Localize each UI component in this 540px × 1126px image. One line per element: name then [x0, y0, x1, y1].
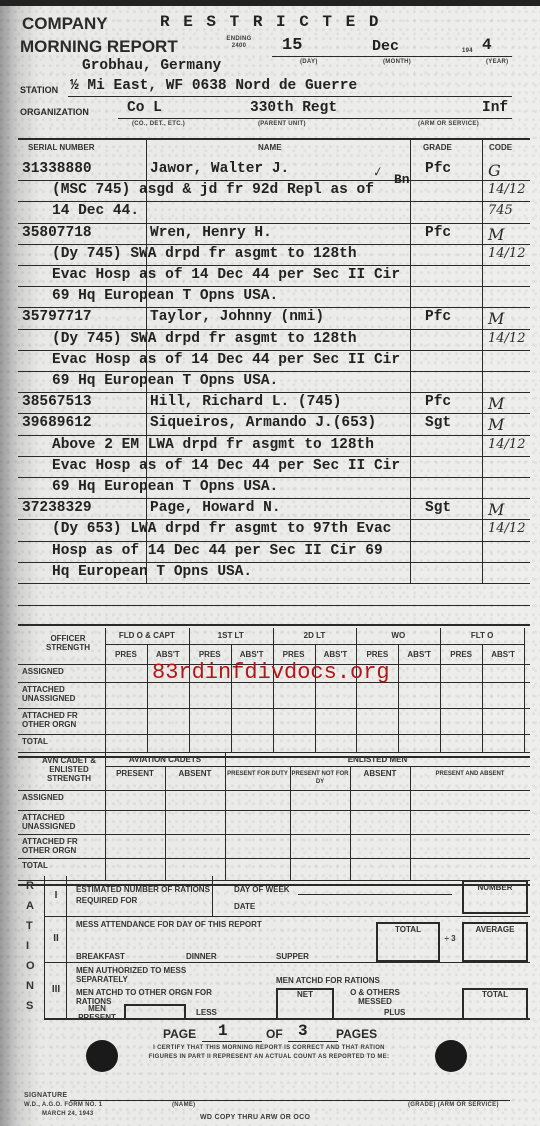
- enlisted-row-rule: [18, 834, 530, 835]
- rations-side-letter: T: [26, 922, 33, 931]
- margin-mark: Bn: [394, 172, 410, 187]
- enlisted-men-header: ENLISTED MEN: [225, 755, 530, 764]
- report-day: 15: [282, 36, 302, 55]
- org-service: Inf: [482, 100, 508, 116]
- officer-row-rule: [18, 734, 530, 735]
- form-number: W.D., A.G.O. FORM NO. 1: [24, 1102, 102, 1108]
- enlisted-row-rule: [18, 790, 530, 791]
- roster-rule: [18, 392, 530, 393]
- roster-top-rule: [18, 138, 530, 140]
- enlisted-strength-title: AVN CADET & ENLISTED STRENGTH: [34, 756, 104, 783]
- officer-sub-header: PRES: [105, 650, 147, 659]
- less-label: LESS: [196, 1008, 217, 1017]
- enlisted-col-header: ABSENT: [165, 770, 225, 778]
- org-underline: [118, 118, 512, 119]
- punch-hole-right: [435, 1040, 467, 1072]
- serial-number: 35797717: [22, 309, 92, 325]
- roster-rule: [18, 562, 530, 563]
- remark-text: Evac Hosp as of 14 Dec 44 per Sec II Cir: [52, 267, 400, 283]
- restricted-stamp: R E S T R I C T E D: [160, 13, 380, 31]
- officer-col-rule: [356, 628, 357, 752]
- rations-side-letter: I: [26, 942, 29, 951]
- roster-rule: [18, 244, 530, 245]
- organization-label: ORGANIZATION: [20, 107, 89, 117]
- grade: Sgt: [425, 500, 451, 516]
- roster-rule: [18, 286, 530, 287]
- soldier-name: Wren, Henry H.: [150, 225, 272, 241]
- men-atchd-rations-label: MEN ATCHD FOR RATIONS: [276, 976, 380, 985]
- pages-label: PAGES: [336, 1027, 377, 1041]
- location: Grobhau, Germany: [82, 58, 221, 74]
- officer-col-rule: [398, 644, 399, 752]
- year-prefix: 194: [462, 48, 473, 54]
- day-caption: (DAY): [300, 59, 318, 65]
- serial-number: 37238329: [22, 500, 92, 516]
- officer-row-label: ASSIGNED: [22, 667, 101, 676]
- rations-section-number: II: [48, 934, 64, 943]
- code: M: [488, 415, 504, 434]
- col-serial-number: SERIAL NUMBER: [28, 143, 95, 152]
- form-title-company: COMPANY: [22, 14, 108, 34]
- grade: Pfc: [425, 225, 451, 241]
- enlisted-col-header: PRESENT NOT FOR DY: [290, 770, 350, 786]
- ending-label: ENDING 2400: [226, 36, 252, 50]
- grade-caption: (GRADE) (ARM OR SERVICE): [408, 1102, 499, 1108]
- mess-attendance-label: MESS ATTENDANCE FOR DAY OF THIS REPORT: [76, 920, 262, 929]
- code: 14/12: [488, 182, 525, 197]
- officer-col-rule: [524, 628, 525, 752]
- roster-rule: [18, 519, 530, 520]
- men-present-label: MEN PRESENT: [72, 1004, 122, 1022]
- roster-rule: [18, 201, 530, 202]
- date-underline: [272, 56, 512, 57]
- of-label: OF: [266, 1027, 283, 1041]
- col-code: CODE: [489, 143, 512, 152]
- rations-side-letter: R: [26, 882, 34, 891]
- supper-label: SUPPER: [276, 952, 309, 961]
- net-label: NET: [276, 990, 334, 999]
- officer-sub-header: ABS'T: [482, 650, 524, 659]
- code: M: [488, 500, 504, 519]
- roster-rule: [18, 413, 530, 414]
- remark-text: Evac Hosp as of 14 Dec 44 per Sec II Cir: [52, 458, 400, 474]
- officer-group-header: FLT O: [440, 631, 524, 640]
- remark-text: Evac Hosp as of 14 Dec 44 per Sec II Cir: [52, 352, 400, 368]
- page-number: 1: [218, 1022, 228, 1040]
- officer-sub-header: ABS'T: [315, 650, 357, 659]
- serial-number: 39689612: [22, 415, 92, 431]
- rations-side-letter: A: [26, 902, 34, 911]
- copy-note: WD COPY THRU ARW OR OCO: [200, 1114, 310, 1121]
- station-value: ½ Mi East, WF 0638 Nord de Guerre: [70, 78, 357, 94]
- soldier-name: Taylor, Johnny (nmi): [150, 309, 324, 325]
- divide-by-three: ÷ 3: [444, 934, 456, 943]
- code: M: [488, 394, 504, 413]
- form-date: MARCH 24, 1943: [42, 1111, 94, 1117]
- enlisted-row-label: TOTAL: [22, 861, 101, 870]
- breakfast-label: BREAKFAST: [76, 952, 125, 961]
- page-underline: [202, 1041, 262, 1042]
- name-caption: (NAME): [172, 1102, 195, 1108]
- officer-sub-header: PRES: [440, 650, 482, 659]
- officer-strength-title: OFFICER STRENGTH: [38, 634, 98, 652]
- org-caption-co: (CO., DET., ETC.): [132, 121, 185, 127]
- officer-col-rule: [440, 628, 441, 752]
- roster-rule: [18, 477, 530, 478]
- remark-text: Hq European T Opns USA.: [52, 564, 252, 580]
- signature-label: SIGNATURE: [24, 1092, 67, 1099]
- remark-text: Hosp as of 14 Dec 44 per Sec II Cir 69: [52, 543, 383, 559]
- men-present-box: [124, 1004, 186, 1020]
- aviation-cadets-header: AVIATION CADETS: [105, 755, 225, 764]
- enlisted-col-rule: [165, 766, 166, 880]
- officer-row-label: ATTACHED UNASSIGNED: [22, 685, 101, 703]
- org-caption-parent: (PARENT UNIT): [258, 121, 306, 127]
- grade: Pfc: [425, 161, 451, 177]
- year-caption: (YEAR): [486, 59, 508, 65]
- enlisted-row-rule: [18, 810, 530, 811]
- org-parent-unit: 330th Regt: [250, 100, 337, 116]
- enlisted-row-label: ATTACHED UNASSIGNED: [22, 813, 101, 831]
- enlisted-row-rule: [18, 880, 530, 881]
- rations-col-rule: [66, 876, 67, 1018]
- blank-rule: [18, 605, 530, 606]
- enlisted-col-header: PRESENT: [105, 770, 165, 778]
- officer-col-rule: [105, 628, 106, 752]
- station-label: STATION: [20, 85, 58, 95]
- pages-underline: [288, 1041, 338, 1042]
- serial-number: 38567513: [22, 394, 92, 410]
- enlisted-sub-rule: [105, 766, 530, 767]
- officer-col-rule: [482, 644, 483, 752]
- station-underline: [68, 96, 512, 97]
- soldier-name: Page, Howard N.: [150, 500, 281, 516]
- officer-sub-header: PRES: [189, 650, 231, 659]
- remark-text: 69 Hq European T Opns USA.: [52, 479, 278, 495]
- code: 745: [488, 203, 513, 218]
- roster-rule: [18, 456, 530, 457]
- roster-rule: [18, 350, 530, 351]
- remark-text: (Dy 745) SWA drpd fr asgmt to 128th: [52, 246, 357, 262]
- code: G: [488, 161, 501, 180]
- report-year: 4: [482, 36, 492, 54]
- roster-divider-grade: [482, 138, 483, 584]
- roster-rule: [18, 180, 530, 181]
- soldier-name: Siqueiros, Armando J.(653): [150, 415, 376, 431]
- o-others-messed-label: O & OTHERS MESSED: [340, 988, 410, 1006]
- code: 14/12: [488, 331, 525, 346]
- remark-text: (Dy 653) LWA drpd fr asgmt to 97th Evac: [52, 521, 391, 537]
- remark-text: 69 Hq European T Opns USA.: [52, 288, 278, 304]
- roster-rule: [18, 541, 530, 542]
- code: 14/12: [488, 521, 525, 536]
- roster-rule: [18, 223, 530, 224]
- code: 14/12: [488, 437, 525, 452]
- roster-rule: [18, 307, 530, 308]
- officer-sub-header: PRES: [356, 650, 398, 659]
- est-rations-label: ESTIMATED NUMBER OF RATIONS REQUIRED FOR: [76, 884, 212, 906]
- total-label: TOTAL: [376, 925, 440, 934]
- officer-group-header: 2D LT: [273, 631, 357, 640]
- grade: Pfc: [425, 394, 451, 410]
- day-of-week-label: DAY OF WEEK: [234, 885, 290, 894]
- officer-group-header: 1ST LT: [189, 631, 273, 640]
- serial-number: 35807718: [22, 225, 92, 241]
- roster-rule: [18, 329, 530, 330]
- remark-text: 14 Dec 44.: [52, 203, 139, 219]
- morning-report-page: COMPANY R E S T R I C T E D MORNING REPO…: [0, 0, 540, 1126]
- dinner-label: DINNER: [186, 952, 217, 961]
- officer-sub-header: ABS'T: [398, 650, 440, 659]
- month-caption: (MONTH): [383, 59, 411, 65]
- rations-side-letter: N: [26, 982, 34, 991]
- col-grade: GRADE: [423, 143, 452, 152]
- rations-section-rule: [44, 916, 530, 917]
- roster-divider-name: [410, 138, 411, 584]
- rations-section-rule: [44, 962, 530, 963]
- rations-col-rule: [212, 876, 213, 916]
- enlisted-col-rule: [290, 766, 291, 880]
- enlisted-col-header: PRESENT FOR DUTY: [225, 770, 290, 778]
- page-label: PAGE: [163, 1027, 196, 1041]
- average-label: AVERAGE: [462, 925, 528, 934]
- handwritten-mark: ✓: [370, 164, 384, 180]
- watermark: 83rdinfdivdocs.org: [152, 660, 390, 685]
- col-name: NAME: [258, 143, 282, 152]
- officer-sub-header: ABS'T: [147, 650, 189, 659]
- officer-col-rule: [147, 644, 148, 752]
- serial-number: 31338880: [22, 161, 92, 177]
- enlisted-col-rule: [225, 752, 226, 880]
- enlisted-row-label: ATTACHED FR OTHER ORGN: [22, 837, 101, 855]
- roster-rule: [18, 498, 530, 499]
- certify-text: I CERTIFY THAT THIS MORNING REPORT IS CO…: [144, 1044, 394, 1062]
- rations-side-letter: O: [26, 962, 35, 971]
- signature-line: [70, 1100, 510, 1101]
- report-month: Dec: [372, 38, 399, 55]
- rations-section-number: III: [48, 985, 64, 994]
- grade: Pfc: [425, 309, 451, 325]
- soldier-name: Hill, Richard L. (745): [150, 394, 341, 410]
- officer-col-rule: [189, 628, 190, 752]
- grade: Sgt: [425, 415, 451, 431]
- rations-side-letter: S: [26, 1002, 33, 1011]
- enlisted-col-header: ABSENT: [350, 770, 410, 778]
- code: M: [488, 309, 504, 328]
- officer-row-rule: [18, 752, 530, 753]
- roster-rule: [18, 435, 530, 436]
- rations-section-number: I: [48, 891, 64, 900]
- enlisted-col-rule: [350, 766, 351, 880]
- officer-sub-header: PRES: [273, 650, 315, 659]
- remark-text: (Dy 745) SWA drpd fr asgmt to 128th: [52, 331, 357, 347]
- rations-col-rule: [44, 876, 45, 1018]
- enlisted-row-rule: [18, 858, 530, 859]
- enlisted-row-label: ASSIGNED: [22, 793, 101, 802]
- day-of-week-line: [298, 894, 452, 895]
- punch-hole-left: [86, 1040, 118, 1072]
- officer-row-rule: [18, 708, 530, 709]
- plus-label: PLUS: [384, 1008, 405, 1017]
- org-caption-service: (ARM OR SERVICE): [418, 121, 479, 127]
- code: M: [488, 225, 504, 244]
- officer-row-label: ATTACHED FR OTHER ORGN: [22, 711, 101, 729]
- officer-sub-header: ABS'T: [231, 650, 273, 659]
- enlisted-col-rule: [105, 752, 106, 880]
- date-label: DATE: [234, 902, 255, 911]
- section-rule: [18, 624, 530, 626]
- enlisted-col-header: PRESENT AND ABSENT: [410, 770, 530, 778]
- total2-label: TOTAL: [462, 990, 528, 999]
- officer-group-header: WO: [356, 631, 440, 640]
- remark-text: Above 2 EM LWA drpd fr asgmt to 128th: [52, 437, 374, 453]
- roster-rule: [18, 583, 530, 584]
- number-label: NUMBER: [462, 883, 528, 892]
- officer-group-header: FLD O & CAPT: [105, 631, 189, 640]
- men-authorized-label: MEN AUTHORIZED TO MESS SEPARATELY: [76, 966, 226, 984]
- soldier-name: Jawor, Walter J.: [150, 161, 289, 177]
- org-company: Co L: [127, 100, 162, 116]
- total-pages: 3: [298, 1022, 308, 1040]
- remark-text: (MSC 745) asgd & jd fr 92d Repl as of: [52, 182, 374, 198]
- remark-text: 69 Hq European T Opns USA.: [52, 373, 278, 389]
- officer-row-label: TOTAL: [22, 737, 101, 746]
- roster-rule: [18, 265, 530, 266]
- enlisted-col-rule: [410, 766, 411, 880]
- scan-edge: [0, 0, 540, 6]
- officer-col-rule: [273, 628, 274, 752]
- roster-rule: [18, 371, 530, 372]
- form-title-morning-report: MORNING REPORT: [20, 37, 178, 57]
- code: 14/12: [488, 246, 525, 261]
